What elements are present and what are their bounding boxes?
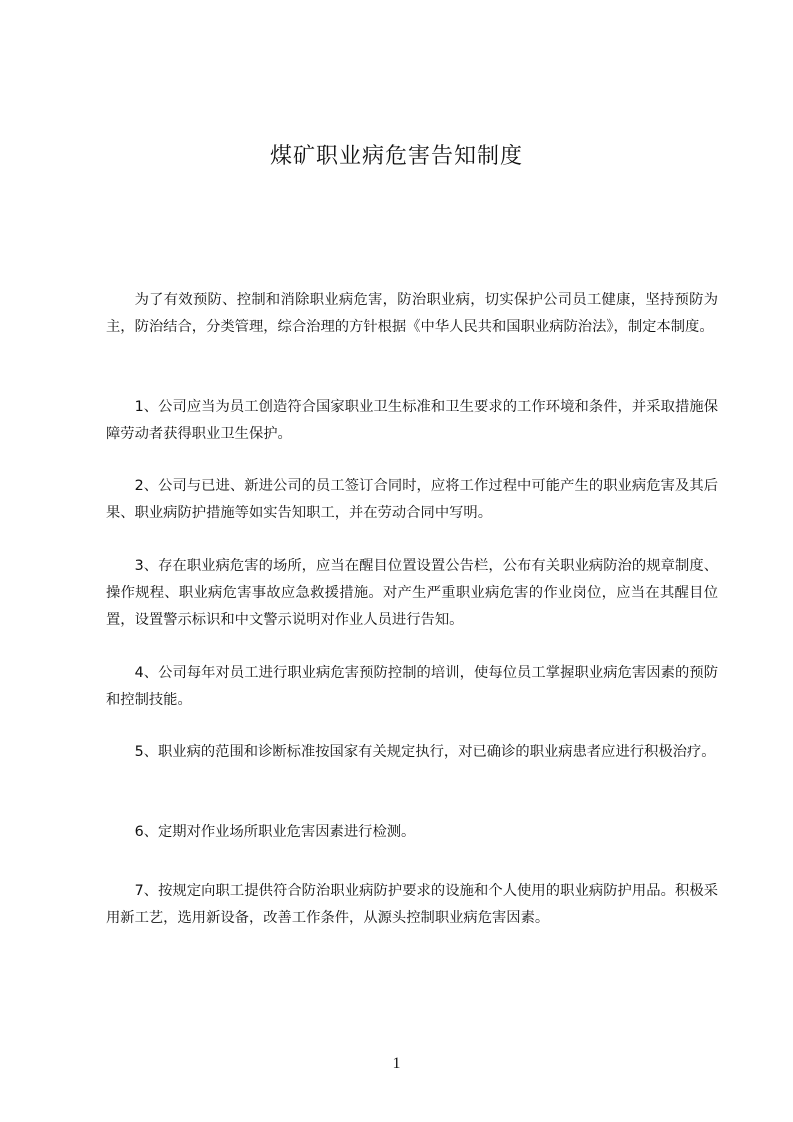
document-title: 煤矿职业病危害告知制度 xyxy=(0,139,793,170)
clause-6: 6、定期对作业场所职业危害因素进行检测。 xyxy=(106,819,718,846)
clause-3: 3、存在职业病危害的场所，应当在醒目位置设置公告栏，公布有关职业病防治的规章制度… xyxy=(106,553,718,634)
intro-paragraph: 为了有效预防、控制和消除职业病危害，防治职业病，切实保护公司员工健康，坚持预防为… xyxy=(106,287,718,341)
clause-2: 2、公司与已进、新进公司的员工签订合同时，应将工作过程中可能产生的职业病危害及其… xyxy=(106,473,718,527)
page-number: 1 xyxy=(0,1055,793,1073)
clause-5: 5、职业病的范围和诊断标准按国家有关规定执行，对已确诊的职业病患者应进行积极治疗… xyxy=(106,739,718,766)
clause-7: 7、按规定向职工提供符合防治职业病防护要求的设施和个人使用的职业病防护用品。积极… xyxy=(106,878,718,932)
clause-1: 1、公司应当为员工创造符合国家职业卫生标准和卫生要求的工作环境和条件，并采取措施… xyxy=(106,394,718,448)
clause-4: 4、公司每年对员工进行职业病危害预防控制的培训，使每位员工掌握职业病危害因素的预… xyxy=(106,660,718,714)
